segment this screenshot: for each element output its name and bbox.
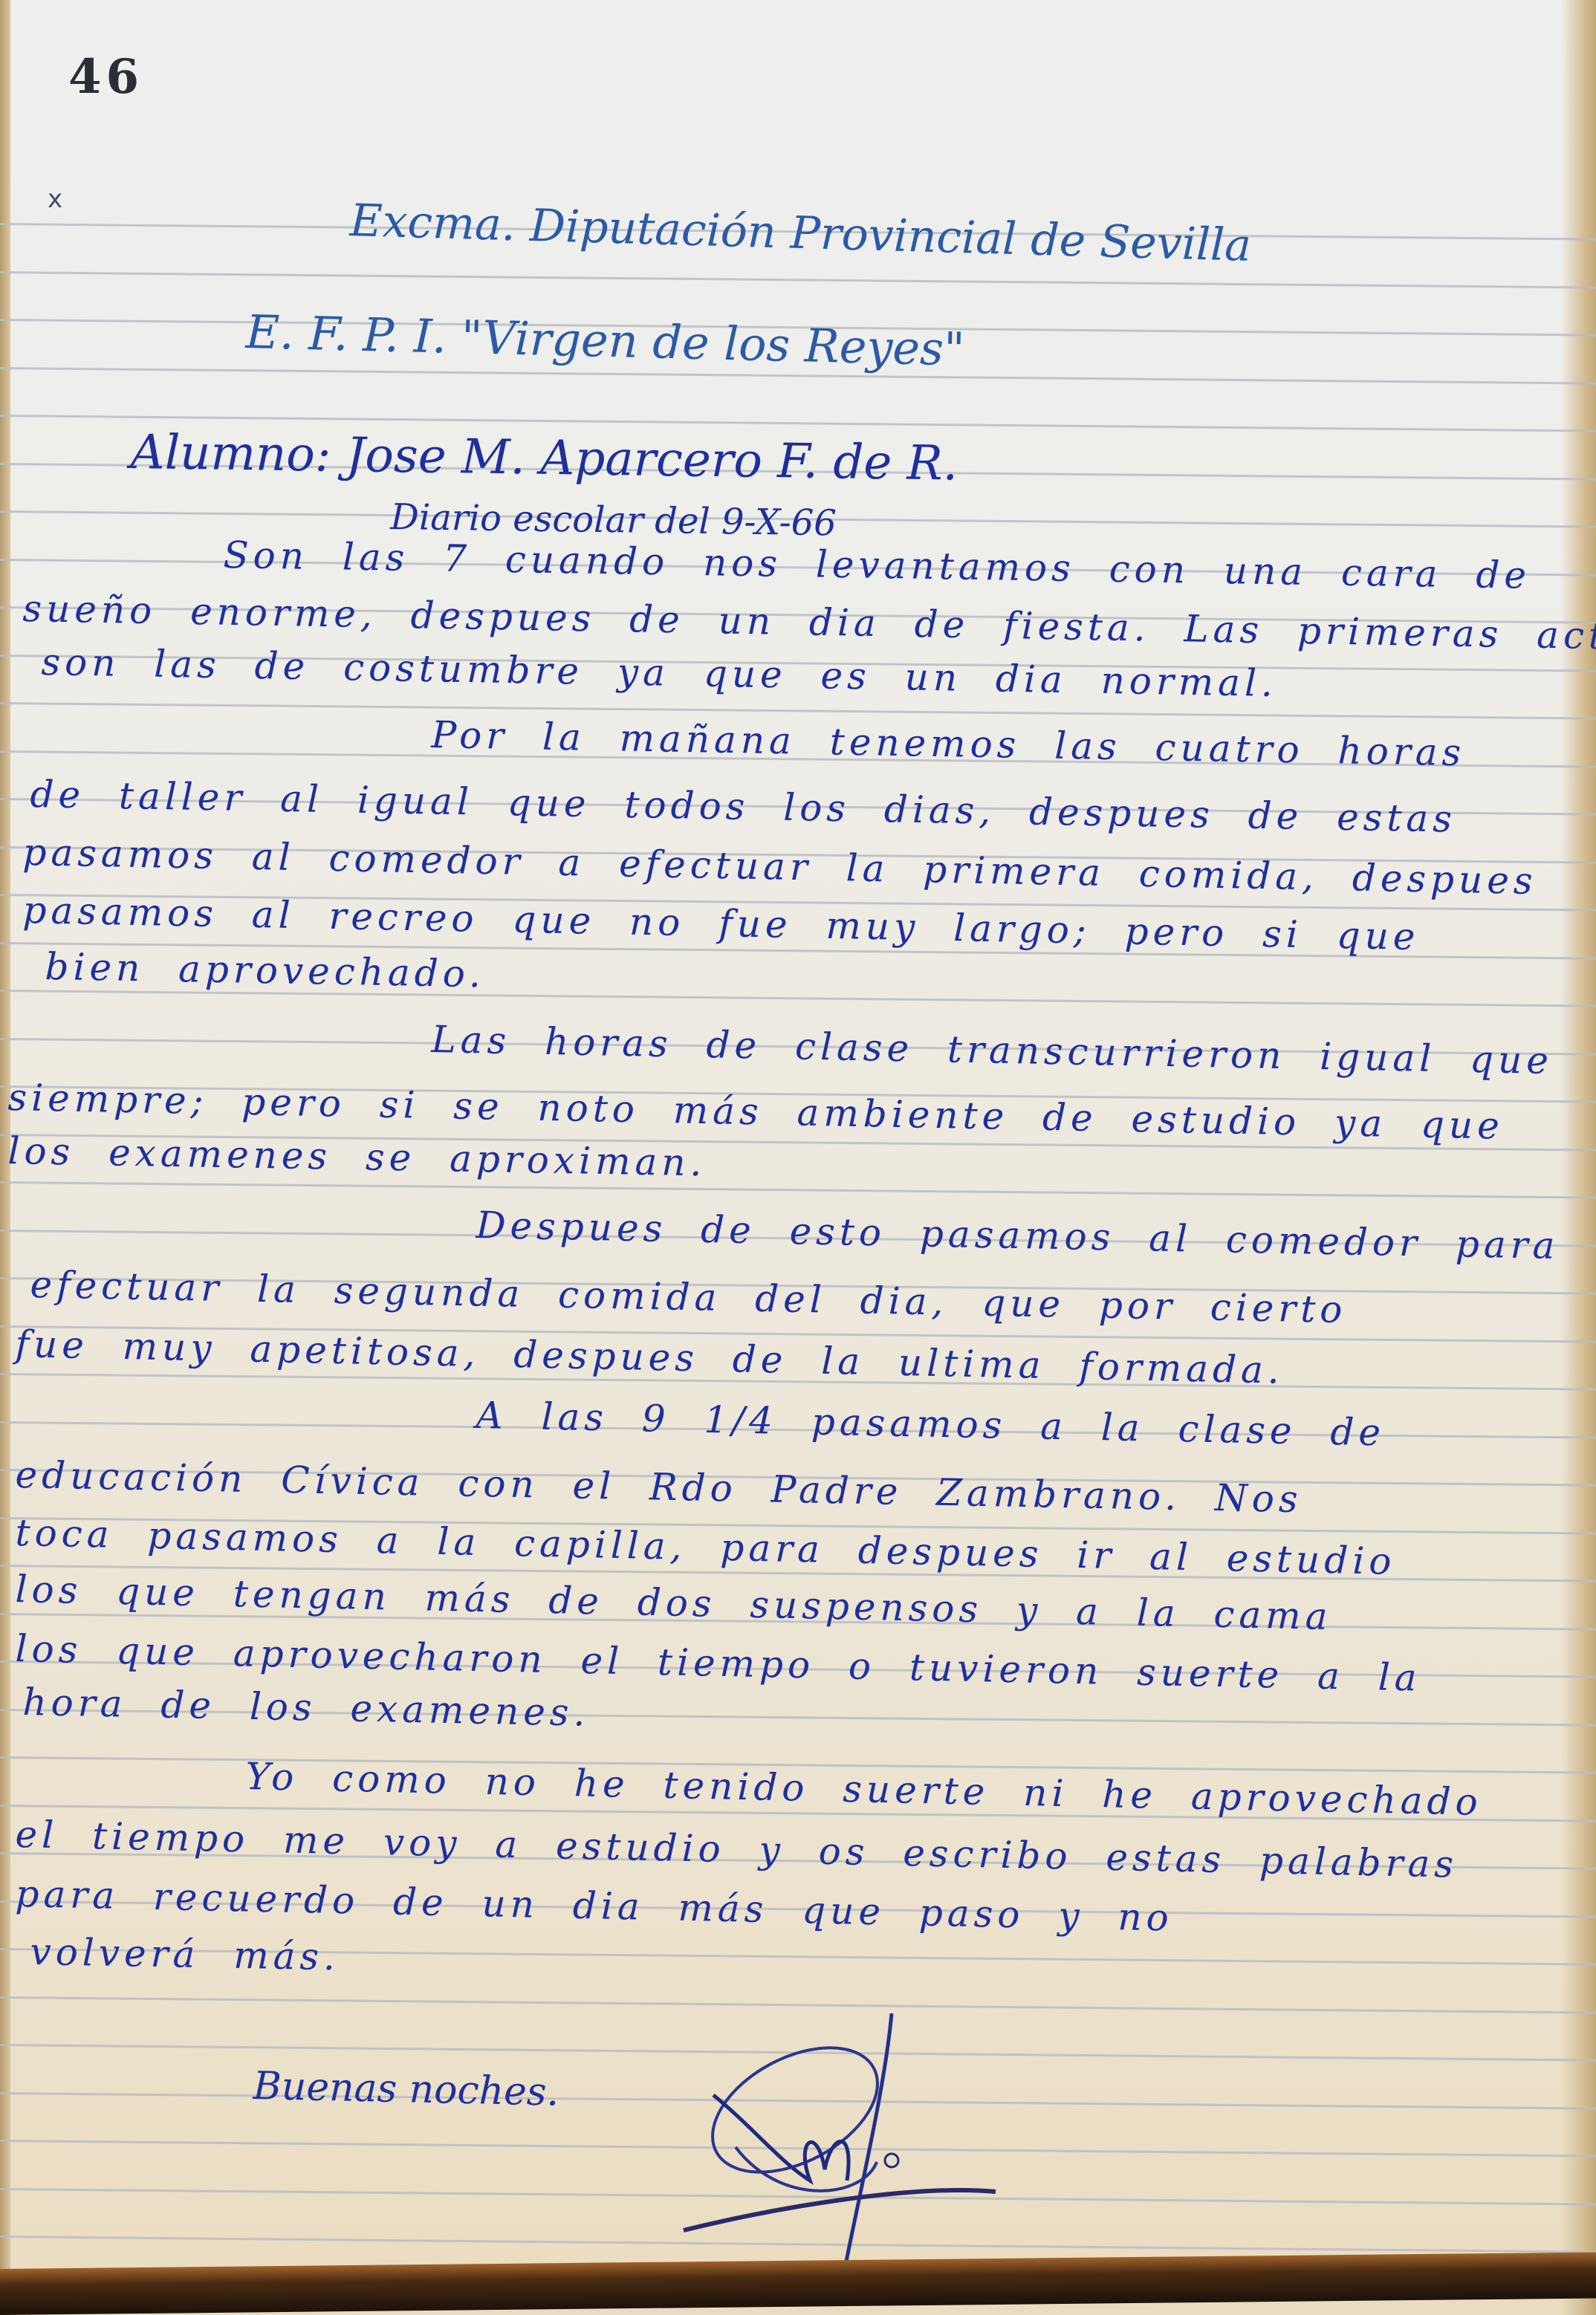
diary-line: el tiempo me voy a estudio y os escribo … [15,1813,1459,1886]
diary-line: volverá más. [30,1930,340,1978]
diary-line: Por la mañana tenemos las cuatro horas [431,713,1466,774]
diary-line: Despues de esto pasamos al comedor para [476,1204,1560,1267]
diary-line: de taller al igual que todos los dias, d… [30,773,1456,840]
diary-line: educación Cívica con el Rdo Padre Zambra… [15,1453,1303,1521]
ruled-line [0,990,1596,1007]
ruled-line [0,271,1596,289]
school-heading: E. F. P. I. "Virgen de los Reyes" [245,305,965,377]
diary-line: bien aprovechado. [45,945,485,996]
student-name: Alumno: Jose M. Aparcero F. de R. [130,425,958,492]
diary-line: los examenes se aproximan. [7,1129,707,1184]
diary-line: Son las 7 cuando nos levantamos con una … [223,533,1531,597]
ruled-line [0,702,1596,720]
diary-line: hora de los examenes. [22,1681,590,1735]
notebook-page: 46 x Excma. Diputación Provincial de Sev… [0,0,1596,2315]
diary-line: pasamos al comedor a efectuar la primera… [22,831,1537,903]
margin-mark: x [48,184,62,214]
diary-line: para recuerdo de un dia más que paso y n… [15,1872,1173,1940]
diary-line: Las horas de clase transcurrieron igual … [431,1018,1553,1082]
page-bottom-edge [0,2253,1596,2315]
diary-line: los que tengan más de dos suspensos y a … [15,1568,1332,1638]
diary-line: efectuar la segunda comida del dia, que … [30,1263,1347,1331]
institution-heading: Excma. Diputación Provincial de Sevilla [349,195,1252,272]
ruled-line [0,1181,1596,1199]
page-number: 46 [68,49,143,105]
page-right-edge [1560,0,1596,2315]
signoff: Buenas noches. [253,2064,559,2115]
diary-line: A las 9 1/4 pasamos a la clase de [476,1394,1386,1454]
diary-line: son las de costumbre ya que es un dia no… [41,640,1277,705]
